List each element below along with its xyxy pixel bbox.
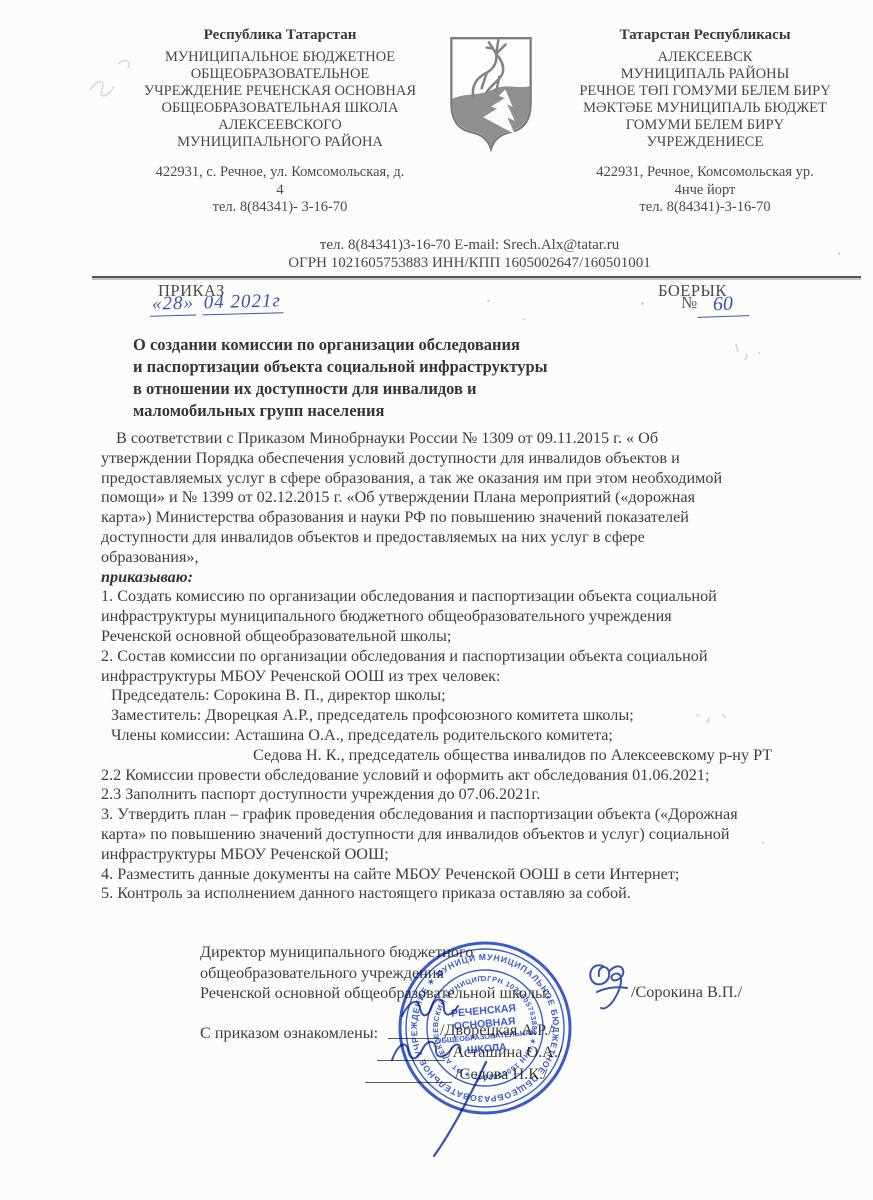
address-line: 422931, с. Речное, ул. Комсомольская, д.: [106, 164, 454, 182]
org-line: МӘКТӘБЕ МУНИЦИПАЛЬ БЮДЖЕТ: [543, 100, 867, 117]
org-line: ГОМУМИ БЕЛЕМ БИРҮ: [543, 117, 867, 134]
body-line: Председатель: Сорокина В. П., директор ш…: [101, 686, 825, 706]
org-line: ОБЩЕОБРАЗОВАТЕЛЬНАЯ ШКОЛА: [106, 100, 454, 117]
svg-text:ОГРН 1021605753883 ✶ ИНН 16050: ОГРН 1021605753883 ✶ ИНН 1605002647 ✶ РТ…: [374, 917, 543, 1091]
body-line: доступности для инвалидов объектов и пре…: [101, 528, 825, 548]
body-line: 5. Контроль за исполнением данного насто…: [101, 884, 825, 904]
order-number: № 60: [681, 293, 697, 313]
scan-speck: [487, 300, 490, 302]
address-line: тел. 8(84341)-3-16-70: [543, 199, 867, 217]
org-line: РЕЧНОЕ ТӨП ГОМУМИ БЕЛЕМ БИРҮ: [543, 83, 867, 100]
header-right: Татарстан Республикасы АЛЕКСЕЕВСК МУНИЦИ…: [543, 27, 867, 217]
title-line: и паспортизации объекта социальной инфра…: [133, 356, 548, 378]
header-right-org: АЛЕКСЕЕВСК МУНИЦИПАЛЬ РАЙОНЫ РЕЧНОЕ ТӨП …: [543, 49, 867, 151]
body-line: Реченской основной общеобразовательной ш…: [101, 627, 825, 647]
scan-speck: [523, 318, 525, 320]
title-line: в отношении их доступности для инвалидов…: [133, 378, 548, 400]
org-line: МУНИЦИПАЛЬНОГО РАЙОНА: [106, 134, 454, 151]
scan-speck: [641, 302, 644, 305]
body-line: инфраструктуры МБОУ Реченской ООШ;: [101, 845, 825, 865]
address-line: 4: [106, 182, 454, 200]
director-signature-icon: [583, 952, 639, 1014]
body-line: карта» по повышению значений доступности…: [101, 825, 825, 845]
director-name: /Сорокина В.П./: [631, 983, 742, 1002]
org-line: ОБЩЕОБРАЗОВАТЕЛЬНОЕ: [106, 66, 454, 83]
header-right-region: Татарстан Республикасы: [543, 27, 867, 44]
header-divider: [92, 276, 861, 278]
date-month-year: 04 2021г: [201, 290, 283, 315]
coat-of-arms-icon: [443, 34, 539, 154]
address-line: 4нче йорт: [543, 182, 867, 200]
org-line: УЧРЕЖДЕНИЕ РЕЧЕНСКАЯ ОСНОВНАЯ: [106, 83, 454, 100]
org-line: МУНИЦИПАЛЬ РАЙОНЫ: [543, 66, 867, 83]
document-page: Республика Татарстан МУНИЦИПАЛЬНОЕ БЮДЖЕ…: [0, 0, 873, 1200]
body-line: образования»,: [101, 548, 825, 568]
body-line: Седова Н. К., председатель общества инва…: [101, 746, 825, 766]
acknowledged-label: С приказом ознакомлены:: [200, 1024, 378, 1043]
registry-line: ОГРН 1021605753883 ИНН/КПП 1605002647/16…: [0, 255, 873, 272]
school-round-stamp: МУНИЦИПАЛЬНОЕ БЮДЖЕТНОЕ ОБЩЕОБРАЗОВАТЕЛЬ…: [374, 917, 595, 1138]
header-right-address: 422931, Речное, Комсомольская ур. 4нче й…: [543, 164, 867, 217]
pencil-scribble: [84, 50, 140, 106]
header-left-org: МУНИЦИПАЛЬНОЕ БЮДЖЕТНОЕ ОБЩЕОБРАЗОВАТЕЛЬ…: [106, 49, 454, 151]
contact-line: тел. 8(84341)3-16-70 E-mail: Srech.Alx@t…: [0, 237, 873, 254]
handwritten-number: 60: [697, 292, 750, 318]
pencil-mark: [692, 708, 738, 726]
org-line: АЛЕКСЕЕВСК: [543, 49, 867, 66]
org-line: МУНИЦИПАЛЬНОЕ БЮДЖЕТНОЕ: [106, 49, 454, 66]
pencil-mark: [730, 340, 770, 364]
body-line: 4. Разместить данные документы на сайте …: [101, 865, 825, 885]
body-line: 2.3 Заполнить паспорт доступности учрежд…: [101, 785, 825, 805]
order-title: О создании комиссии по организации обсле…: [133, 334, 548, 422]
body-line: Члены комиссии: Асташина О.А., председат…: [101, 726, 825, 746]
body-line: 2.2 Комиссии провести обследование услов…: [101, 766, 825, 786]
body-line: предоставляемых услуг в сфере образовани…: [101, 469, 825, 489]
order-body: В соответствии с Приказом Минобрнауки Ро…: [101, 429, 825, 904]
body-line: 1. Создать комиссию по организации обсле…: [101, 587, 825, 607]
header-left: Республика Татарстан МУНИЦИПАЛЬНОЕ БЮДЖЕ…: [106, 27, 454, 217]
body-line: карта») Министерства образования и науки…: [101, 508, 825, 528]
body-line-prikazyvayu: приказываю:: [101, 568, 825, 588]
address-line: 422931, Речное, Комсомольская ур.: [543, 164, 867, 182]
handwritten-date: «28» 04 2021г: [150, 290, 283, 315]
header-left-region: Республика Татарстан: [106, 27, 454, 44]
stamp-center-line: ШКОЛА: [466, 1041, 507, 1056]
number-sign: №: [681, 293, 697, 312]
body-line: 3. Утвердить план – график проведения об…: [101, 805, 825, 825]
address-line: тел. 8(84341)- 3-16-70: [106, 199, 454, 217]
org-line: УЧРЕЖДЕНИЕСЕ: [543, 134, 867, 151]
body-line: утверждении Порядка обеспечения условий …: [101, 449, 825, 469]
body-line: В соответствии с Приказом Минобрнауки Ро…: [101, 429, 825, 449]
body-line: помощи» и № 1399 от 02.12.2015 г. «Об ут…: [101, 488, 825, 508]
body-line: инфраструктуры МБОУ Реченской ООШ из тре…: [101, 667, 825, 687]
header-left-address: 422931, с. Речное, ул. Комсомольская, д.…: [106, 164, 454, 217]
date-day: «28»: [150, 293, 197, 317]
title-line: О создании комиссии по организации обсле…: [133, 334, 548, 356]
scan-speck: [838, 252, 840, 255]
scan-speck: [762, 842, 764, 844]
body-line: 2. Состав комиссии по организации обслед…: [101, 647, 825, 667]
org-line: АЛЕКСЕЕВСКОГО: [106, 117, 454, 134]
title-line: маломобильных групп населения: [133, 400, 548, 422]
stamp-inner-ring-text: ОГРН 1021605753883 ✶ ИНН 1605002647 ✶ РТ…: [374, 917, 543, 1091]
body-line: инфраструктуры муниципального бюджетного…: [101, 607, 825, 627]
